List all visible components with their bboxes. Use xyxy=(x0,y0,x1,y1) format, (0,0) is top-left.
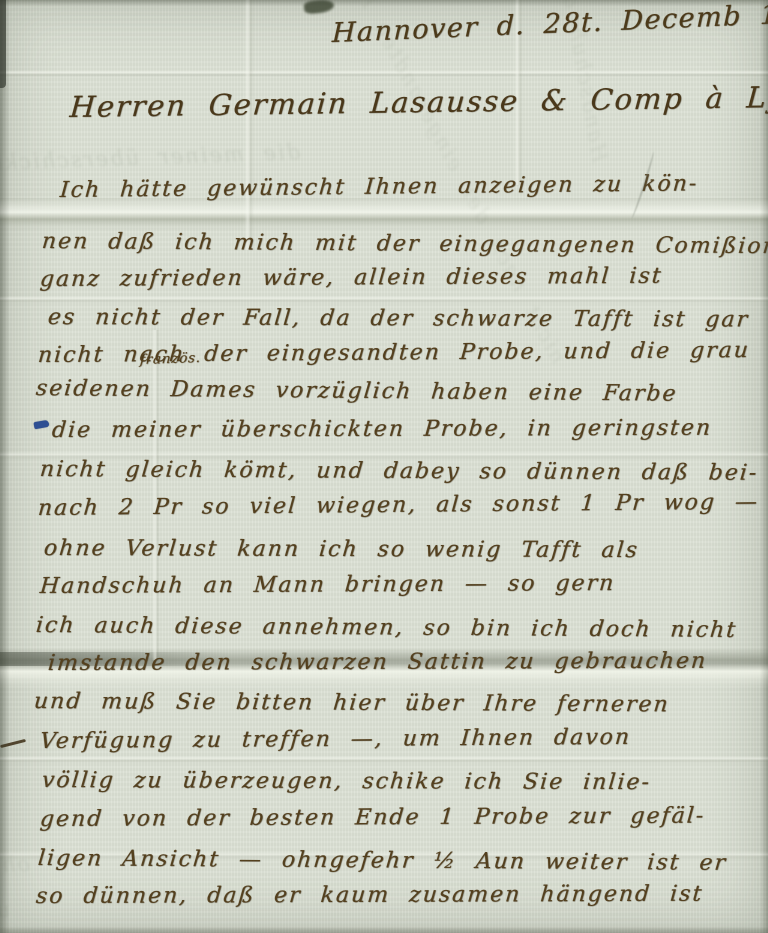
letter-line: die meiner überschickten Probe, in gerin… xyxy=(51,416,713,443)
letter-scan: die meiner überschickten Probe, in gerin… xyxy=(0,0,768,933)
letter-line: nach 2 Pr so viel wiegen, als sonst 1 Pr… xyxy=(37,490,760,521)
letter-line: und muß Sie bitten hier über Ihre ferner… xyxy=(33,689,671,717)
scan-edge-left xyxy=(0,0,10,933)
letter-line: ligen Ansicht — ohngefehr ½ Aun weiter i… xyxy=(37,846,728,876)
letter-line: nen daß ich mich mit der eingegangenen C… xyxy=(41,229,768,259)
scan-edge-bottom xyxy=(0,926,768,933)
letter-line: gend von der besten Ende 1 Probe zur gef… xyxy=(39,804,706,832)
letter-line: ganz zufrieden wäre, allein dieses mahl … xyxy=(39,264,664,292)
letter-line: ohne Verlust kann ich so wenig Tafft als xyxy=(43,536,640,563)
letter-line: Ich hätte gewünscht Ihnen anzeigen zu kö… xyxy=(59,171,699,203)
letter-line: Verfügung zu treffen —, um Ihnen davon xyxy=(39,725,632,754)
letter-body: Ich hätte gewünscht Ihnen anzeigen zu kö… xyxy=(0,0,768,933)
letter-line: Handschuh an Mann bringen — so gern xyxy=(39,571,616,599)
letter-line: imstande den schwarzen Sattin zu gebrauc… xyxy=(47,649,708,676)
letter-line: es nicht der Fall, da der schwarze Tafft… xyxy=(47,305,750,332)
scan-edge-top xyxy=(0,0,768,6)
letter-line: völlig zu überzeugen, schike ich Sie inl… xyxy=(41,768,652,795)
letter-line: ich auch diese annehmen, so bin ich doch… xyxy=(35,613,738,643)
letter-line: nicht nach der eingesandten Probe, und d… xyxy=(37,338,751,368)
scan-edge-right xyxy=(760,0,768,933)
letter-line: nicht gleich kömt, und dabey so dünnen d… xyxy=(39,457,760,486)
letter-line: so dünnen, daß er kaum zusamen hängend i… xyxy=(35,882,704,909)
scan-corner-shadow xyxy=(0,0,6,88)
letter-line: seidenen Dames vorzüglich haben eine Far… xyxy=(35,376,679,407)
